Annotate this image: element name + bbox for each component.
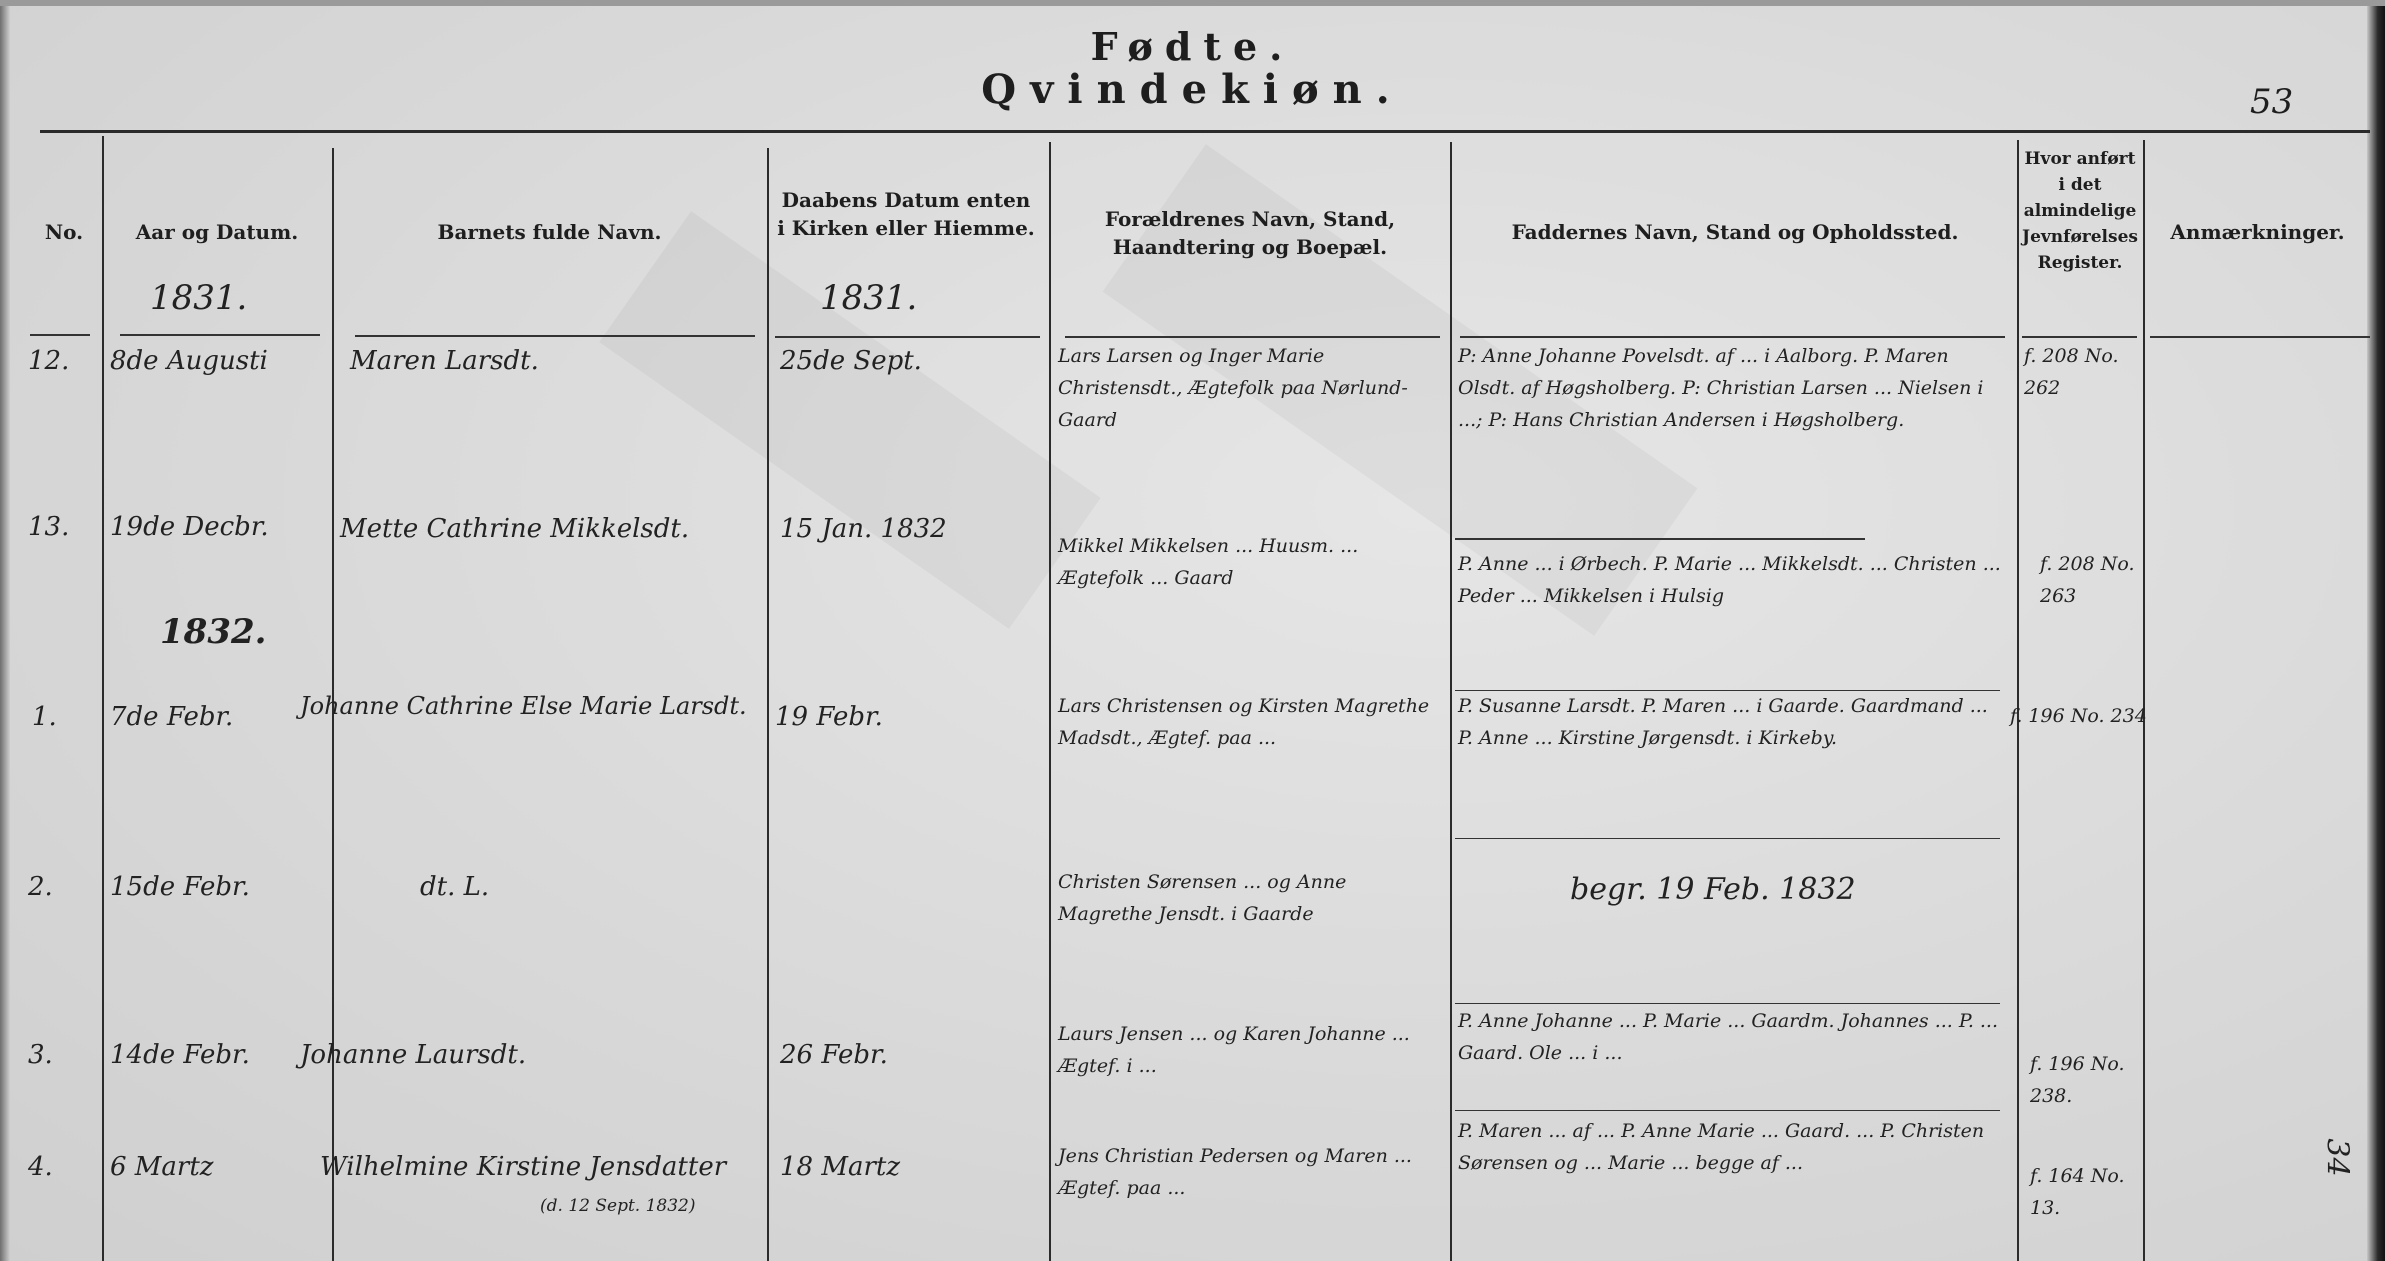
header-underline bbox=[775, 336, 1040, 338]
column-header-no: No. bbox=[28, 218, 100, 246]
column-header-remarks: Anmærkninger. bbox=[2150, 218, 2365, 246]
margin-note: 34 bbox=[2320, 1138, 2355, 1176]
entry-separator bbox=[1455, 1110, 2000, 1111]
entry-register-ref: f. 208 No. 262 bbox=[2024, 340, 2139, 404]
entry-child-name: dt. L. bbox=[420, 872, 489, 902]
page-title: Fødte. bbox=[0, 24, 2385, 69]
header-underline bbox=[120, 334, 320, 336]
page-subtitle: Qvindekiøn. bbox=[0, 66, 2385, 113]
entry-separator bbox=[1455, 538, 1865, 540]
header-underline bbox=[1065, 336, 1440, 338]
entry-godparents: P. Maren ... af ... P. Anne Marie ... Ga… bbox=[1458, 1115, 2008, 1179]
entry-godparents: P. Susanne Larsdt. P. Maren ... i Gaarde… bbox=[1458, 690, 2008, 754]
ink-bleed bbox=[599, 211, 1100, 629]
column-header-register: Hvor anført i det almindelige Jevnførels… bbox=[2020, 146, 2140, 276]
page-edge-left bbox=[0, 0, 10, 1261]
entry-child-name: Maren Larsdt. bbox=[350, 346, 539, 376]
entry-register-ref: f. 196 No. 234 bbox=[2010, 700, 2170, 732]
entry-date: 15de Febr. bbox=[110, 872, 250, 902]
entry-parents: Mikkel Mikkelsen ... Huusm. ... Ægtefolk… bbox=[1058, 530, 1443, 594]
register-page: Fødte. Qvindekiøn. 53 No. Aar og Datum. … bbox=[0, 0, 2385, 1261]
entry-register-ref: f. 196 No. 238. bbox=[2030, 1048, 2140, 1112]
entry-godparents: P. Anne Johanne ... P. Marie ... Gaardm.… bbox=[1458, 1005, 2008, 1069]
entry-date: 8de Augusti bbox=[110, 346, 268, 376]
entry-godparents: P. Anne ... i Ørbech. P. Marie ... Mikke… bbox=[1458, 548, 2008, 612]
year-label: 1831. bbox=[820, 278, 917, 318]
year-label: 1832. bbox=[160, 612, 266, 652]
folio-number: 53 bbox=[2250, 82, 2293, 122]
entry-parents: Lars Christensen og Kirsten Magrethe Mad… bbox=[1058, 690, 1443, 754]
entry-burial-note: begr. 19 Feb. 1832 bbox=[1570, 872, 1856, 907]
entry-child-note: (d. 12 Sept. 1832) bbox=[540, 1196, 695, 1216]
column-divider bbox=[1049, 142, 1051, 1261]
entry-child-name: Johanne Laursdt. bbox=[300, 1040, 526, 1070]
entry-date: 14de Febr. bbox=[110, 1040, 250, 1070]
entry-no: 12. bbox=[28, 346, 69, 376]
header-underline bbox=[30, 334, 90, 336]
entry-parents: Christen Sørensen ... og Anne Magrethe J… bbox=[1058, 866, 1443, 930]
column-header-child-name: Barnets fulde Navn. bbox=[334, 218, 765, 246]
entry-no: 1. bbox=[32, 702, 57, 732]
header-underline bbox=[2150, 336, 2370, 338]
entry-date: 19de Decbr. bbox=[110, 512, 269, 542]
column-divider bbox=[1450, 142, 1452, 1261]
entry-baptism-date: 25de Sept. bbox=[780, 346, 922, 376]
page-edge-top bbox=[0, 0, 2385, 6]
entry-baptism-date: 26 Febr. bbox=[780, 1040, 888, 1070]
column-header-parents: Forældrenes Navn, Stand, Haandtering og … bbox=[1060, 205, 1440, 261]
year-label: 1831. bbox=[150, 278, 247, 318]
entry-baptism-date: 19 Febr. bbox=[775, 702, 883, 732]
entry-baptism-date: 15 Jan. 1832 bbox=[780, 514, 947, 544]
header-rule bbox=[40, 130, 2370, 133]
entry-child-name: Wilhelmine Kirstine Jensdatter bbox=[320, 1152, 726, 1182]
entry-baptism-date: 18 Martz bbox=[780, 1152, 900, 1182]
entry-separator bbox=[1455, 838, 2000, 839]
entry-no: 3. bbox=[28, 1040, 53, 1070]
entry-no: 13. bbox=[28, 512, 69, 542]
column-header-date: Aar og Datum. bbox=[104, 218, 330, 246]
entry-date: 6 Martz bbox=[110, 1152, 214, 1182]
header-underline bbox=[1460, 336, 2005, 338]
entry-parents: Jens Christian Pedersen og Maren ... Ægt… bbox=[1058, 1140, 1443, 1204]
column-header-godparents: Faddernes Navn, Stand og Opholdssted. bbox=[1460, 218, 2010, 246]
entry-register-ref: f. 208 No. 263 bbox=[2040, 548, 2140, 612]
entry-no: 2. bbox=[28, 872, 53, 902]
entry-parents: Laurs Jensen ... og Karen Johanne ... Æg… bbox=[1058, 1018, 1443, 1082]
header-underline bbox=[2022, 336, 2137, 338]
column-divider bbox=[102, 136, 104, 1261]
page-edge-right bbox=[2367, 0, 2385, 1261]
entry-date: 7de Febr. bbox=[110, 702, 233, 732]
column-divider bbox=[767, 148, 769, 1261]
column-header-baptism: Daabens Datum enten i Kirken eller Hiemm… bbox=[775, 186, 1037, 242]
entry-register-ref: f. 164 No. 13. bbox=[2030, 1160, 2140, 1224]
entry-parents: Lars Larsen og Inger Marie Christensdt.,… bbox=[1058, 340, 1443, 436]
entry-separator bbox=[1455, 1003, 2000, 1004]
entry-godparents: P: Anne Johanne Povelsdt. af ... i Aalbo… bbox=[1458, 340, 2008, 436]
header-underline bbox=[355, 335, 755, 337]
entry-child-name: Johanne Cathrine Else Marie Larsdt. bbox=[300, 690, 760, 722]
entry-no: 4. bbox=[28, 1152, 53, 1182]
entry-child-name: Mette Cathrine Mikkelsdt. bbox=[340, 514, 689, 544]
